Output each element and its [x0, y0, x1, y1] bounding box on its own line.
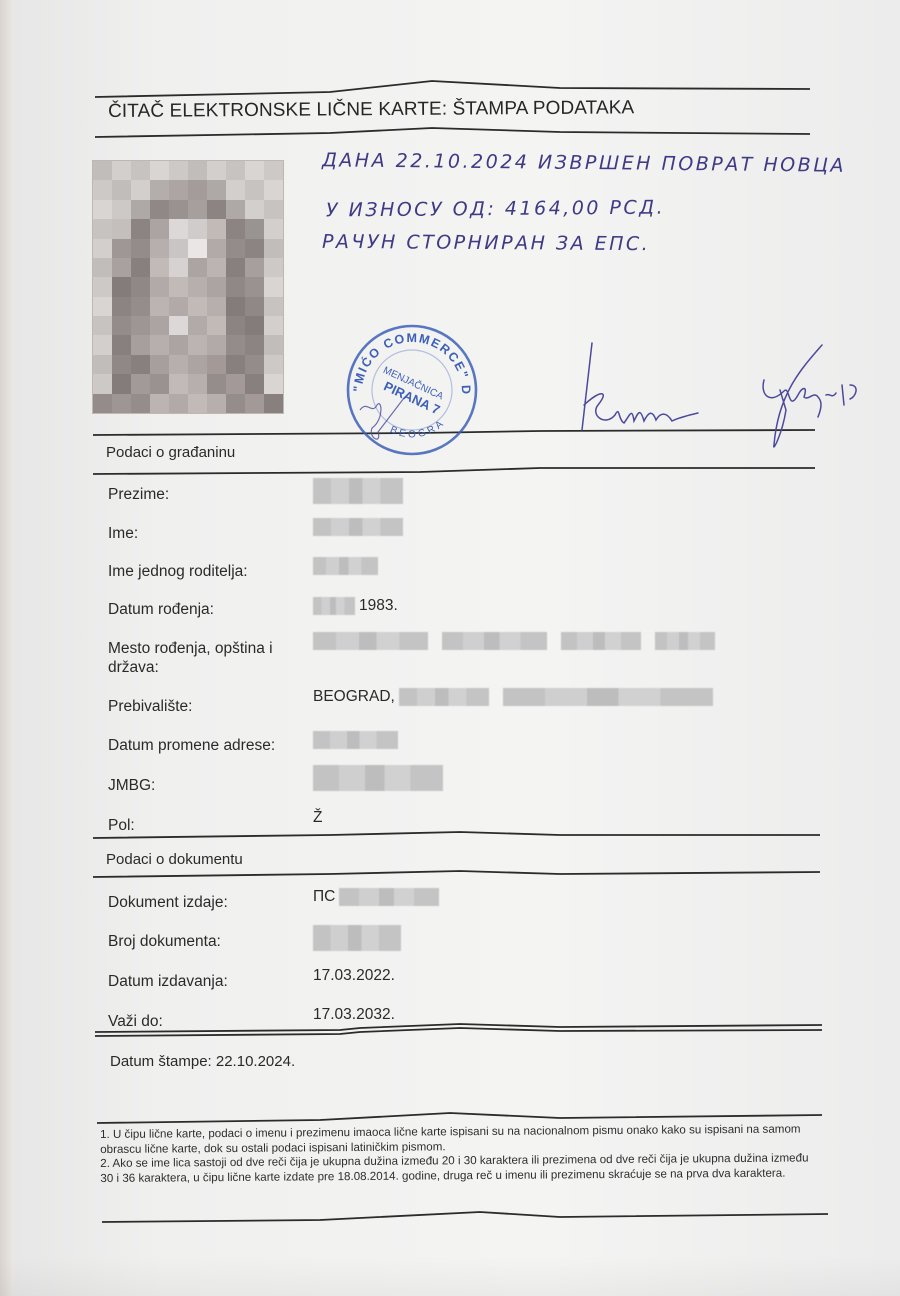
label-birth-place: Mesto rođenja, opština i država:	[108, 639, 308, 677]
value-residence: BEOGRAD,	[313, 688, 713, 706]
paper-shadow	[0, 1256, 900, 1296]
label-valid-until: Važi do:	[108, 1012, 308, 1031]
label-surname: Prezime:	[108, 485, 308, 504]
issue-date: 17.03.2022.	[313, 967, 395, 985]
handwritten-note-line-1: ДАНА 22.10.2024 ИЗВРШЕН ПОВРАТ НОВЦА	[322, 149, 846, 176]
label-jmbg: JMBG:	[108, 776, 308, 795]
redacted-residence-1	[399, 688, 489, 706]
rule-citizen-bottom	[93, 468, 815, 474]
value-parent-name	[313, 557, 378, 575]
value-issue-date: 17.03.2022.	[313, 967, 395, 985]
footnotes: 1. U čipu lične karte, podaci o imenu i …	[100, 1122, 820, 1186]
label-sex: Pol:	[108, 816, 308, 835]
residence-city: BEOGRAD,	[313, 688, 395, 706]
footnote-2: 2. Ako se ime lica sastoji od dve reči č…	[100, 1152, 820, 1187]
paper-edge	[0, 0, 14, 1296]
company-stamp: "MIĆO COMMERCE" DOO MENJAČNICA PIRANA 7 …	[342, 320, 482, 460]
value-birth-place	[313, 632, 715, 650]
portrait-photo-redacted	[92, 160, 284, 414]
label-first-name: Ime:	[108, 524, 308, 543]
redacted-parent-name	[313, 557, 378, 575]
value-jmbg	[313, 765, 443, 791]
signature-1	[582, 343, 698, 430]
redacted-birth-place-1	[313, 632, 428, 650]
label-residence: Prebivalište:	[108, 697, 308, 716]
redacted-birth-place-4	[655, 632, 715, 650]
redacted-residence-2	[503, 688, 713, 706]
label-document-number: Broj dokumenta:	[108, 932, 308, 951]
label-issue-date: Datum izdavanja:	[108, 972, 308, 991]
value-document-number	[313, 925, 401, 951]
value-issuer: ПС	[313, 888, 439, 906]
section-heading-document: Podaci o dokumentu	[106, 851, 243, 868]
page-title: ČITAČ ELEKTRONSKE LIČNE KARTE: ŠTAMPA PO…	[108, 97, 634, 123]
redacted-issuer	[339, 888, 439, 906]
label-birth-date: Datum rođenja:	[108, 600, 308, 619]
rule-title-bottom	[95, 128, 810, 137]
value-first-name	[313, 518, 403, 536]
value-valid-until: 17.03.2032.	[313, 1006, 395, 1024]
redacted-surname	[313, 478, 403, 504]
redacted-jmbg	[313, 765, 443, 791]
value-address-change-date	[313, 731, 398, 749]
birth-year: 1983.	[359, 597, 398, 615]
redacted-birth-place-3	[561, 632, 641, 650]
signatures	[560, 335, 900, 460]
rule-document-bottom	[93, 871, 820, 877]
redacted-document-number	[313, 925, 401, 951]
redacted-first-name	[313, 518, 403, 536]
sex-value: Ž	[313, 809, 322, 827]
redacted-birth-day-month	[313, 597, 355, 615]
rule-footnote-bottom	[102, 1212, 828, 1222]
print-date: Datum štampe: 22.10.2024.	[110, 1053, 295, 1070]
valid-until-date: 17.03.2032.	[313, 1006, 395, 1024]
issuer-prefix: ПС	[313, 888, 335, 906]
label-parent-name: Ime jednog roditelja:	[108, 562, 308, 581]
handwritten-note-line-2: У ИЗНОСУ ОД: 4164,00 РСД.	[326, 197, 665, 222]
rule-footnote-top	[97, 1113, 822, 1123]
value-sex: Ž	[313, 809, 322, 827]
label-issuer: Dokument izdaje:	[108, 893, 308, 912]
signature-2	[763, 345, 856, 447]
section-heading-citizen: Podaci o građaninu	[106, 444, 235, 461]
value-birth-date: 1983.	[313, 597, 398, 615]
rule-title-top	[95, 81, 810, 97]
redacted-address-change-date	[313, 731, 398, 749]
redacted-birth-place-2	[442, 632, 547, 650]
handwritten-note-line-3: РАЧУН СТОРНИРАН ЗА ЕПС.	[322, 231, 650, 255]
value-surname	[313, 478, 403, 504]
label-address-change-date: Datum promene adrese:	[108, 736, 308, 755]
